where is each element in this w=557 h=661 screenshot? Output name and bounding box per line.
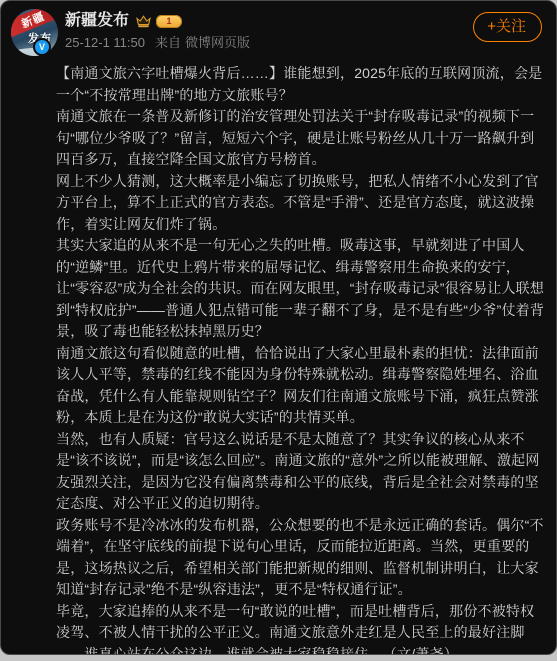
post-paragraph: 当然，也有人质疑：官号这么说话是不是太随意了？其实争议的核心从来不是“该不该说”…: [56, 429, 547, 515]
weibo-post-card: 新疆 发布 V 新疆发布 1 25-12-1 11:50 来自: [0, 0, 557, 655]
vip-crown-icon: [136, 15, 151, 28]
post-paragraph: 网上不少人猜测，这大概率是小编忘了切换账号，把私人情绪不小心发到了官方平台上，算…: [56, 171, 547, 236]
level-badge: 1: [156, 15, 182, 28]
source-link[interactable]: 微博网页版: [185, 35, 250, 50]
timestamp: 25-12-1 11:50: [65, 35, 145, 50]
avatar[interactable]: 新疆 发布 V: [11, 9, 58, 56]
post-meta: 25-12-1 11:50 来自 微博网页版: [65, 35, 544, 50]
post-paragraph: 【南通文旅六字吐槽爆火背后……】谁能想到，2025年底的互联网顶流，会是一个“不…: [56, 63, 547, 106]
post-paragraph: 毕竟，大家追捧的从来不是一句“敢说的吐槽”，而是吐槽背后，那份不被特权凌驾、不被…: [56, 601, 547, 656]
username[interactable]: 新疆发布: [65, 12, 129, 30]
source-prefix: 来自: [155, 35, 181, 50]
post-paragraph: 政务账号不是冷冰冰的发布机器，公众想要的也不是永远正确的套话。偶尔“不端着”，在…: [56, 515, 547, 601]
verified-badge-icon: V: [33, 38, 51, 56]
avatar-text-line1: 新疆: [19, 9, 47, 31]
post-paragraph: 其实大家追的从来不是一句无心之失的吐槽。吸毒这事，早就刻进了中国人的“逆鳞”里。…: [56, 235, 547, 343]
follow-button[interactable]: +关注: [473, 12, 542, 42]
post-header: 新疆 发布 V 新疆发布 1 25-12-1 11:50 来自: [11, 9, 544, 57]
user-block: 新疆发布 1 25-12-1 11:50 来自 微博网页版: [65, 9, 544, 50]
post-content: 【南通文旅六字吐槽爆火背后……】谁能想到，2025年底的互联网顶流，会是一个“不…: [56, 63, 547, 655]
post-paragraph: 南通文旅这句看似随意的吐槽，恰恰说出了大家心里最朴素的担忧：法律面前该人人平等，…: [56, 343, 547, 429]
post-paragraph: 南通文旅在一条普及新修订的治安管理处罚法关于“封存吸毒记录”的视频下一句“哪位少…: [56, 106, 547, 171]
